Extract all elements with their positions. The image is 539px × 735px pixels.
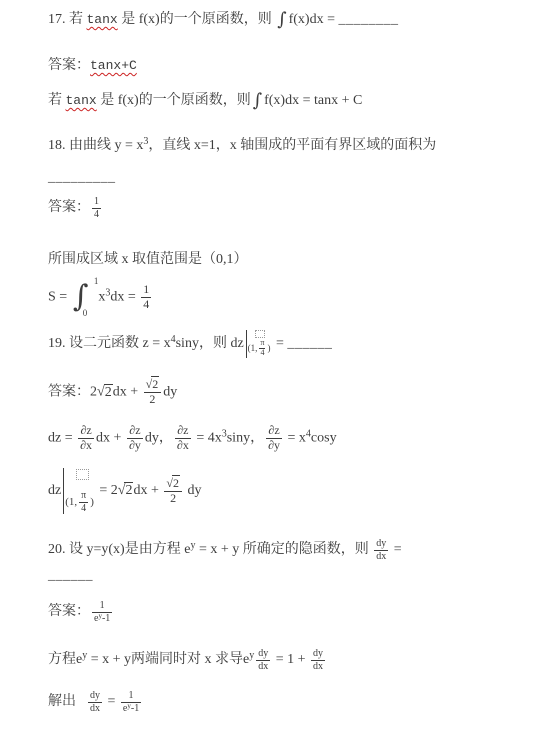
text: dx + — [96, 431, 125, 446]
vertical-bar — [63, 468, 64, 514]
evaluated-at-bar: (1,π4) — [246, 330, 271, 358]
numerator: π — [259, 339, 265, 348]
vertical-bar — [246, 330, 247, 358]
denominator: 2 — [144, 392, 162, 407]
numerator: dy — [374, 538, 388, 550]
blank-underline: ______ — [48, 568, 93, 583]
fraction: 14 — [92, 196, 101, 220]
radicand: 2 — [172, 475, 180, 490]
fraction: 14 — [141, 283, 151, 312]
text: 20. 设 y=y(x)是由方程 e — [48, 542, 190, 557]
subscript-point: (1,π4) — [65, 490, 94, 514]
answer-19: 答案：2√2dx + √22dy — [48, 378, 177, 407]
blank-underline: ________ — [339, 12, 399, 27]
differential-expansion-19: dz = ∂z∂xdx + ∂z∂ydy，∂z∂x = 4x3siny，∂z∂y… — [48, 424, 337, 453]
denominator: 4 — [141, 297, 151, 312]
question-20: 20. 设 y=y(x)是由方程 ey = x + y 所确定的隐函数，则 dy… — [48, 538, 402, 562]
text: = — [390, 542, 401, 557]
partial-fraction: ∂z∂x — [175, 424, 191, 453]
text: (1, — [248, 338, 258, 358]
subscript-point: (1,π4) — [248, 338, 271, 358]
text: ) — [90, 492, 94, 512]
integral-sign: ∫ — [253, 90, 262, 111]
denominator: ∂x — [78, 438, 94, 453]
text: -1 — [131, 703, 139, 714]
numerator: √2 — [144, 378, 162, 392]
text: = x + y 所确定的隐函数，则 — [195, 542, 372, 557]
text: f(x)dx = tanx + C — [264, 93, 362, 108]
blank-underline: _________ — [48, 170, 116, 185]
denominator: dx — [88, 702, 102, 715]
text: = 4x — [193, 431, 222, 446]
spellcheck-word-tanx: tanx — [87, 12, 118, 27]
text: dy — [184, 483, 202, 498]
text: 是 f(x)的一个原函数，则 — [118, 12, 276, 27]
numerator: ∂z — [175, 424, 191, 438]
numerator: ∂z — [266, 424, 282, 438]
text: = — [272, 336, 287, 351]
text: 所围成区域 x 取值范围是（0,1） — [48, 252, 248, 267]
denominator: ∂y — [266, 438, 282, 453]
spellcheck-word-tanx: tanx — [66, 93, 97, 108]
text: 解出 — [48, 694, 76, 709]
upper-limit: 1 — [94, 277, 99, 286]
text: ，直线 x=1，x 轴围成的平面有界区域的面积为 — [148, 138, 436, 153]
text: -1 — [102, 613, 110, 624]
text: 2 — [90, 385, 97, 400]
text: dy — [163, 385, 177, 400]
text: 18. 由曲线 y = x — [48, 138, 143, 153]
numerator: 1 — [92, 600, 112, 612]
question-17: 17. 若 tanx 是 f(x)的一个原函数，则 ∫f(x)dx = ____… — [48, 10, 399, 30]
numerator: 1 — [121, 690, 141, 702]
text: dx = — [110, 290, 139, 305]
denominator: 4 — [79, 502, 88, 515]
fraction: 1ey-1 — [92, 600, 112, 624]
derivation-20: 方程ey = x + y两端同时对 x 求导eydydx = 1 + dydx — [48, 648, 327, 672]
denominator: 2 — [164, 491, 182, 506]
denominator: dx — [256, 660, 270, 673]
document-page: 17. 若 tanx 是 f(x)的一个原函数，则 ∫f(x)dx = ____… — [0, 0, 539, 735]
answer-label: 答案： — [48, 385, 90, 400]
evaluation-19: dz(1,π4) = 2√2dx + √22 dy — [48, 468, 201, 514]
text: = 1 + — [272, 652, 309, 667]
evaluated-at-bar: (1,π4) — [63, 468, 94, 514]
sqrt-sign: √ — [97, 385, 104, 400]
numerator: dy — [88, 690, 102, 702]
text: 方程e — [48, 652, 82, 667]
text: 17. 若 — [48, 12, 87, 27]
fraction-dy-dx: dydx — [88, 690, 102, 714]
missing-glyph-box — [255, 330, 265, 338]
fraction: 1ey-1 — [121, 690, 141, 714]
blank-line-18: _________ — [48, 168, 116, 188]
integral-calculation-18: S = ∫10x3dx = 14 — [48, 280, 153, 315]
numerator: √2 — [164, 477, 182, 491]
answer-label: 答案： — [48, 200, 90, 215]
blank-underline: ______ — [287, 336, 332, 351]
text: dy， — [145, 431, 173, 446]
radicand: 2 — [104, 384, 113, 400]
text: = 2 — [96, 483, 118, 498]
answer-18: 答案：14 — [48, 196, 103, 220]
partial-fraction: ∂z∂y — [266, 424, 282, 453]
text: siny，则 dz — [176, 336, 244, 351]
blank-line-20: ______ — [48, 566, 93, 586]
denominator: ey-1 — [121, 702, 141, 715]
denominator: ∂y — [127, 438, 143, 453]
text: dx + — [133, 483, 162, 498]
missing-glyph-box — [76, 469, 89, 480]
numerator: ∂z — [78, 424, 94, 438]
integral-with-limits: ∫10 — [71, 280, 99, 315]
text: = — [104, 694, 119, 709]
text: 若 — [48, 93, 66, 108]
numerator: 1 — [92, 196, 101, 208]
answer-17: 答案：tanx+C — [48, 56, 137, 76]
denominator: dx — [374, 550, 388, 563]
denominator: dx — [311, 660, 325, 673]
text: f(x)dx = — [289, 12, 339, 27]
lower-limit: 0 — [83, 309, 88, 318]
text: 是 f(x)的一个原函数，则 — [97, 93, 251, 108]
question-18: 18. 由曲线 y = x3，直线 x=1，x 轴围成的平面有界区域的面积为 — [48, 136, 436, 156]
text: dx + — [113, 385, 142, 400]
spellcheck-word-tanx-c: tanx+C — [90, 58, 137, 73]
fraction-pi-over-4: π4 — [79, 490, 88, 514]
text: dz — [48, 483, 61, 498]
integral-sign: ∫ — [277, 9, 286, 30]
numerator: π — [79, 490, 88, 502]
text: = x + y两端同时对 x 求导e — [87, 652, 249, 667]
answer-label: 答案： — [48, 604, 90, 619]
radicand: 2 — [151, 376, 159, 391]
text: S = — [48, 290, 71, 305]
answer-label: 答案： — [48, 58, 90, 73]
fraction-sqrt2-over-2: √22 — [144, 378, 162, 407]
numerator: 1 — [141, 283, 151, 297]
numerator: dy — [256, 648, 270, 660]
explanation-17: 若 tanx 是 f(x)的一个原函数，则∫f(x)dx = tanx + C — [48, 91, 362, 111]
text: (1, — [65, 492, 77, 512]
fraction-pi-over-4: π4 — [259, 339, 265, 358]
fraction-sqrt2-over-2: √22 — [164, 477, 182, 506]
region-note-18: 所围成区域 x 取值范围是（0,1） — [48, 250, 248, 270]
text: 19. 设二元函数 z = x — [48, 336, 171, 351]
denominator: ∂x — [175, 438, 191, 453]
denominator: 4 — [92, 208, 101, 221]
partial-fraction: ∂z∂y — [127, 424, 143, 453]
answer-20: 答案：1ey-1 — [48, 600, 114, 624]
fraction-dy-dx: dydx — [311, 648, 325, 672]
text: = x — [284, 431, 306, 446]
question-19: 19. 设二元函数 z = x4siny，则 dz(1,π4) = ______ — [48, 330, 332, 358]
denominator: 4 — [259, 348, 265, 358]
solution-20: 解出dydx = 1ey-1 — [48, 690, 143, 714]
text: siny， — [227, 431, 264, 446]
numerator: dy — [311, 648, 325, 660]
fraction-dy-dx: dydx — [374, 538, 388, 562]
numerator: ∂z — [127, 424, 143, 438]
fraction-dy-dx: dydx — [256, 648, 270, 672]
text: ) — [267, 338, 270, 358]
denominator: ey-1 — [92, 612, 112, 625]
superscript-y: y — [249, 650, 254, 661]
text: dz = — [48, 431, 76, 446]
partial-fraction: ∂z∂x — [78, 424, 94, 453]
text: cosy — [311, 431, 337, 446]
